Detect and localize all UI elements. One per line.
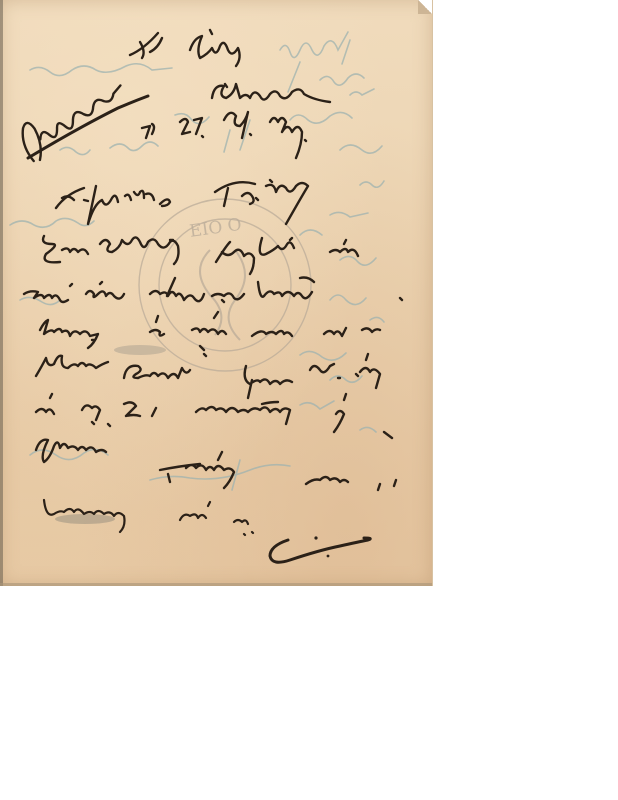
salutation-line <box>56 180 308 224</box>
body-line-1 <box>43 236 358 274</box>
body-line-3 <box>40 312 380 348</box>
handwriting-layer <box>0 0 432 586</box>
body-line-4 <box>36 346 380 398</box>
body-line-5 <box>36 394 392 438</box>
date-line <box>142 112 306 158</box>
body-line-7 <box>44 500 253 535</box>
body-line-2 <box>24 278 402 303</box>
margin-note <box>15 76 133 163</box>
signature <box>270 538 370 562</box>
place-line-2 <box>212 84 330 102</box>
place-line-1 <box>130 30 240 66</box>
body-line-6 <box>36 440 396 490</box>
letter-page: ΕΙΟ Ο <box>0 0 433 586</box>
margin-underline <box>28 96 148 158</box>
